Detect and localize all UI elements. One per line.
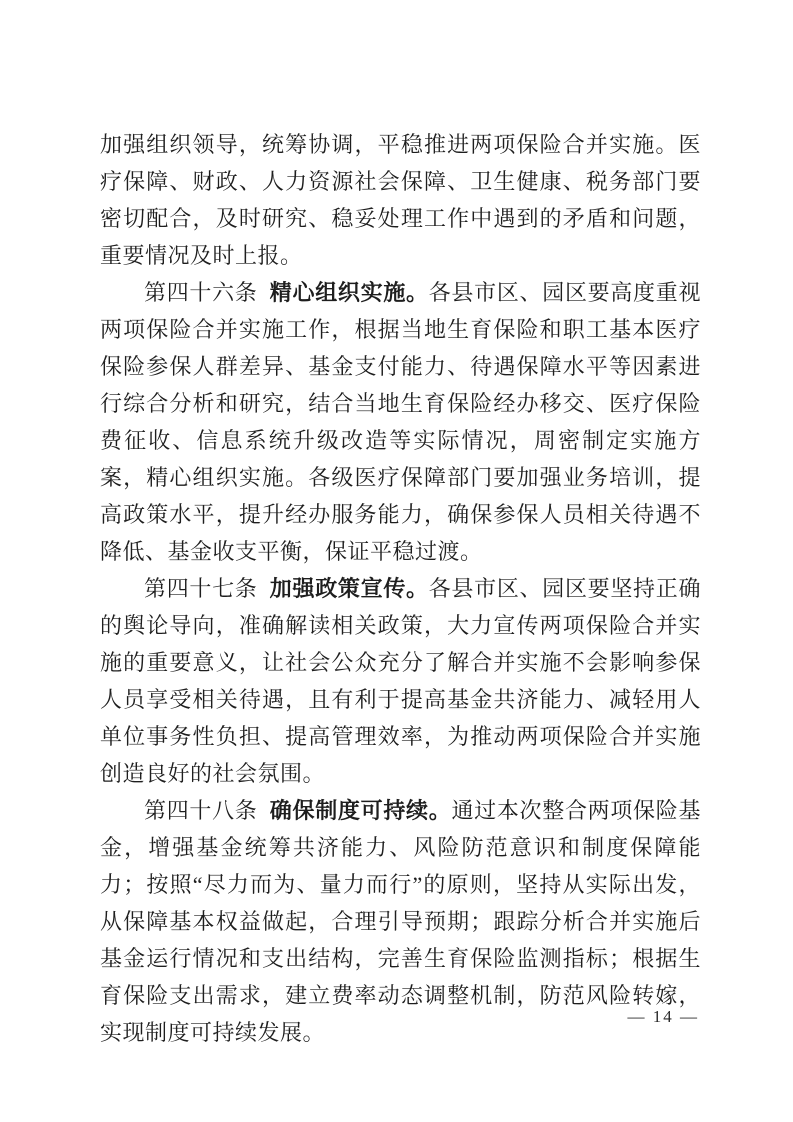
article-title: 确保制度可持续。 <box>270 798 452 823</box>
page-number: — 14 — <box>628 1004 700 1030</box>
article-number: 第四十七条 <box>144 576 258 601</box>
paragraph: 第四十六条精心组织实施。各县市区、园区要高度重视两项保险合并实施工作，根据当地生… <box>100 274 701 570</box>
paragraph-text: 加强组织领导，统筹协调，平稳推进两项保险合并实施。医疗保障、财政、人力资源社会保… <box>100 132 701 268</box>
document-page: 加强组织领导，统筹协调，平稳推进两项保险合并实施。医疗保障、财政、人力资源社会保… <box>0 0 793 1122</box>
paragraph-text: 通过本次整合两项保险基金，增强基金统筹共济能力、风险防范意识和制度保障能力；按照… <box>100 798 701 1045</box>
paragraph: 第四十七条加强政策宣传。各县市区、园区要坚持正确的舆论导向，准确解读相关政策，大… <box>100 570 701 792</box>
article-number: 第四十六条 <box>144 280 258 305</box>
paragraph: 加强组织领导，统筹协调，平稳推进两项保险合并实施。医疗保障、财政、人力资源社会保… <box>100 126 701 274</box>
paragraph-text: 各县市区、园区要高度重视两项保险合并实施工作，根据当地生育保险和职工基本医疗保险… <box>100 280 701 564</box>
paragraph-text: 各县市区、园区要坚持正确的舆论导向，准确解读相关政策，大力宣传两项保险合并实施的… <box>100 576 701 786</box>
article-title: 精心组织实施。 <box>270 280 429 305</box>
document-body: 加强组织领导，统筹协调，平稳推进两项保险合并实施。医疗保障、财政、人力资源社会保… <box>100 126 701 1051</box>
paragraph: 第四十八条确保制度可持续。通过本次整合两项保险基金，增强基金统筹共济能力、风险防… <box>100 792 701 1051</box>
article-number: 第四十八条 <box>144 798 258 823</box>
article-title: 加强政策宣传。 <box>270 576 429 601</box>
